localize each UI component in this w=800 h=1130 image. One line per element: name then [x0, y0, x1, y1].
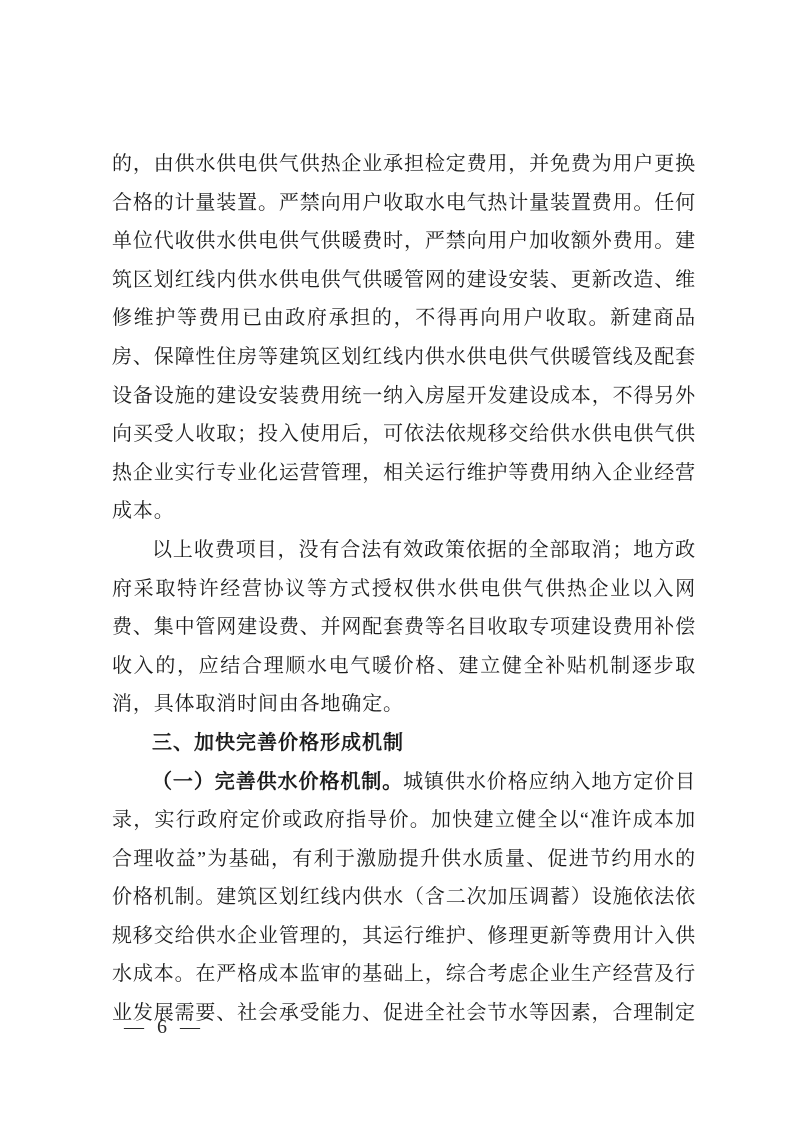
section-heading: 三、加快完善价格形成机制	[112, 724, 696, 763]
clause-title: （一）完善供水价格机制。	[152, 771, 403, 793]
clause-body-text: 城镇供水价格应纳入地方定价目录，实行政府定价或政府指导价。加快建立健全以“准许成…	[112, 771, 696, 1025]
paragraph-continuation: 的，由供水供电供气供热企业承担检定费用，并免费为用户更换合格的计量装置。严禁向用…	[112, 145, 696, 531]
document-body: 的，由供水供电供气供热企业承担检定费用，并免费为用户更换合格的计量装置。严禁向用…	[112, 145, 696, 1033]
document-page: 的，由供水供电供气供热企业承担检定费用，并免费为用户更换合格的计量装置。严禁向用…	[0, 0, 800, 1130]
paragraph-fees-cancellation: 以上收费项目，没有合法有效政策依据的全部取消；地方政府采取特许经营协议等方式授权…	[112, 531, 696, 724]
page-number: — 6 —	[124, 1016, 204, 1039]
paragraph-clause-1: （一）完善供水价格机制。城镇供水价格应纳入地方定价目录，实行政府定价或政府指导价…	[112, 763, 696, 1033]
